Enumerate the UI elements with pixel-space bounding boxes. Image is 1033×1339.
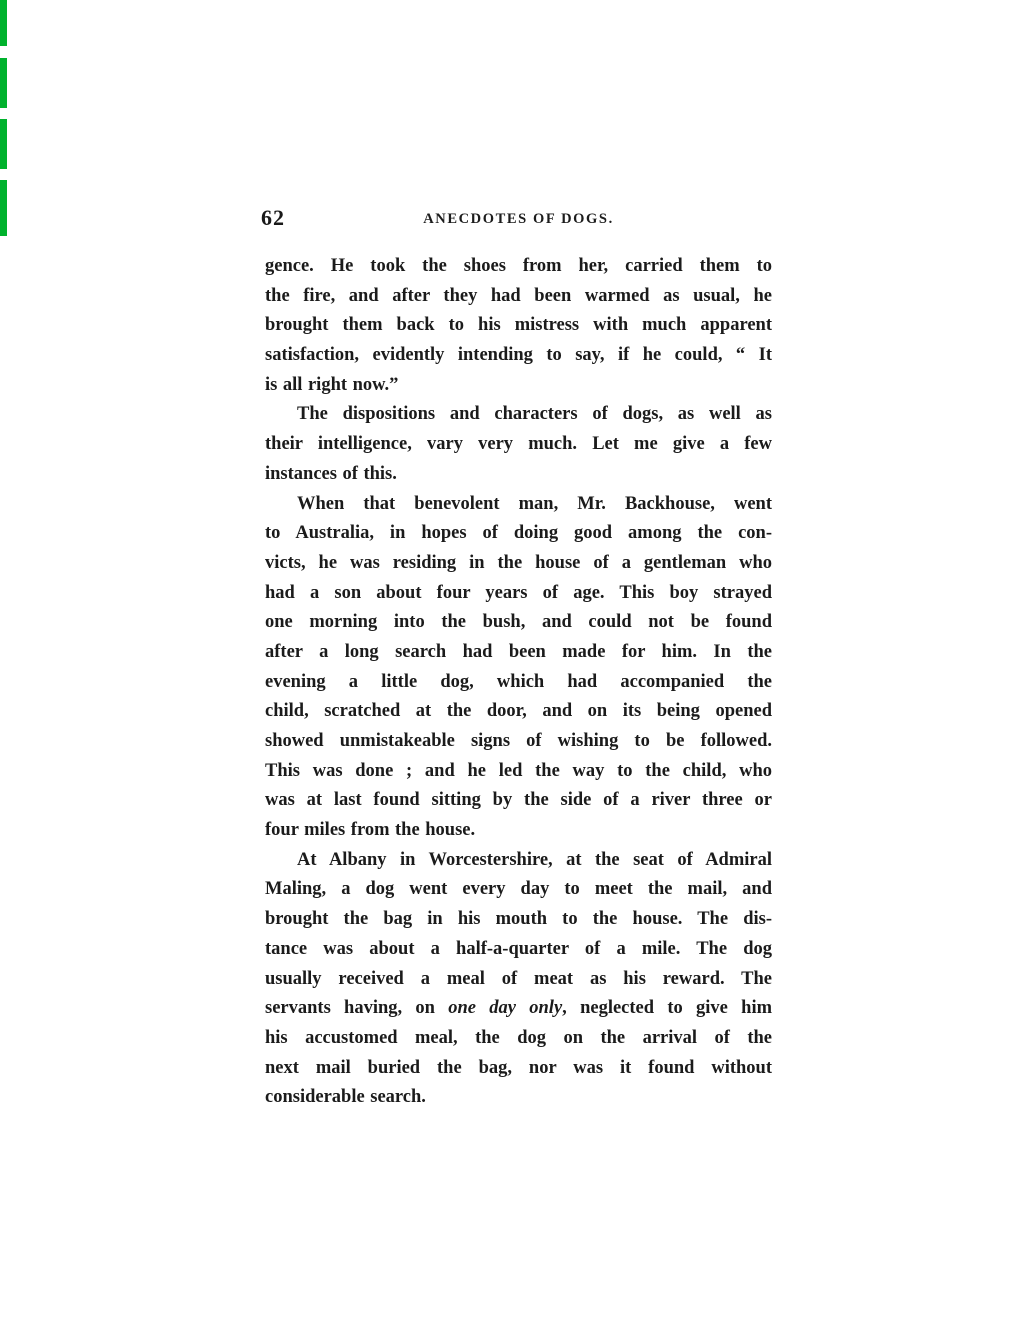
text-line: considerable search.: [265, 1083, 772, 1113]
text-line: his accustomed meal, the dog on the arri…: [265, 1024, 772, 1054]
text-line: evening a little dog, which had accompan…: [265, 668, 772, 698]
text-line: their intelligence, vary very much. Let …: [265, 430, 772, 460]
text-line: At Albany in Worcestershire, at the seat…: [265, 846, 772, 876]
text-line: child, scratched at the door, and on its…: [265, 697, 772, 727]
text-line: The dispositions and characters of dogs,…: [265, 400, 772, 430]
text-line: brought them back to his mistress with m…: [265, 311, 772, 341]
text-line: usually received a meal of meat as his r…: [265, 965, 772, 995]
running-header: ANECDOTES OF DOGS.: [265, 211, 772, 228]
text-line: satisfaction, evidently intending to say…: [265, 341, 772, 371]
scan-edge-mark: [0, 0, 7, 46]
text-line: servants having, on one day only, neglec…: [265, 994, 772, 1024]
text-line: showed unmistakeable signs of wishing to…: [265, 727, 772, 757]
italic-phrase: one day only: [448, 998, 562, 1018]
scan-edge-artifacts: [0, 0, 8, 240]
text-line: victs, he was residing in the house of a…: [265, 549, 772, 579]
text-line: had a son about four years of age. This …: [265, 579, 772, 609]
body-text: gence. He took the shoes from her, carri…: [265, 252, 772, 1113]
text-line: gence. He took the shoes from her, carri…: [265, 252, 772, 282]
text-line: the fire, and after they had been warmed…: [265, 282, 772, 312]
text-line: is all right now.”: [265, 371, 772, 401]
text-line: tance was about a half-a-quarter of a mi…: [265, 935, 772, 965]
text-line: four miles from the house.: [265, 816, 772, 846]
text-line: Maling, a dog went every day to meet the…: [265, 875, 772, 905]
text-line: one morning into the bush, and could not…: [265, 608, 772, 638]
text-line: after a long search had been made for hi…: [265, 638, 772, 668]
text-line: brought the bag in his mouth to the hous…: [265, 905, 772, 935]
text-line: next mail buried the bag, nor was it fou…: [265, 1054, 772, 1084]
text-line: This was done ; and he led the way to th…: [265, 757, 772, 787]
text-line: instances of this.: [265, 460, 772, 490]
scan-edge-mark: [0, 58, 7, 108]
book-page: 62 ANECDOTES OF DOGS. gence. He took the…: [0, 0, 1033, 1339]
scan-edge-mark: [0, 180, 7, 236]
scan-edge-mark: [0, 119, 7, 169]
text-line: to Australia, in hopes of doing good amo…: [265, 519, 772, 549]
text-line: was at last found sitting by the side of…: [265, 786, 772, 816]
text-line: When that benevolent man, Mr. Backhouse,…: [265, 490, 772, 520]
